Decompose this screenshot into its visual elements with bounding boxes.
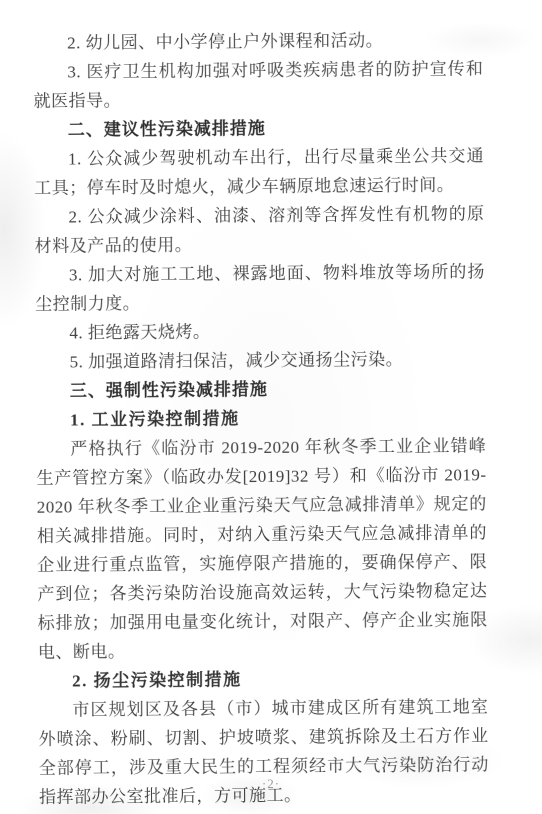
paragraph-industrial-control-details: 严格执行《临汾市 2019-2020 年秋冬季工业企业错峰生产管控方案》（临政办… — [36, 431, 488, 667]
paragraph-reduce-driving: 1. 公众减少驾驶机动车出行，出行尽量乘坐公共交通工具；停车时及时熄火，减少车辆… — [34, 141, 484, 203]
subheading-dust-pollution-control: 2. 扬尘污染控制措施 — [38, 663, 488, 696]
paragraph-reduce-voc-products: 2. 公众减少涂料、油漆、溶剂等含挥发性有机物的原材料及产品的使用。 — [34, 199, 484, 261]
paragraph-dust-control-details: 市区规划区及各县（市）城市建成区所有建筑工地室外喷涂、粉刷、切割、护坡喷浆、建筑… — [38, 692, 489, 812]
paragraph-road-cleaning: 5. 加强道路清扫保洁，减少交通扬尘污染。 — [36, 344, 486, 377]
section-heading-suggested-measures: 二、建议性污染减排措施 — [34, 112, 484, 145]
paragraph-kindergarten-outdoor-stop: 2. 幼儿园、中小学停止户外课程和活动。 — [33, 25, 483, 58]
section-heading-mandatory-measures: 三、强制性污染减排措施 — [36, 373, 486, 406]
document-body: 2. 幼儿园、中小学停止户外课程和活动。 3. 医疗卫生机构加强对呼吸类疾病患者… — [33, 25, 489, 812]
paragraph-medical-protection-guidance: 3. 医疗卫生机构加强对呼吸类疾病患者的防护宣传和就医指导。 — [33, 54, 483, 116]
paragraph-dust-control-sites: 3. 加大对施工工地、裸露地面、物料堆放等场所的扬尘控制力度。 — [35, 257, 485, 319]
subheading-industrial-pollution-control: 1. 工业污染控制措施 — [36, 402, 486, 435]
page-number: ·2· — [0, 776, 542, 792]
scanned-document-page: { "document": { "blocks": [ { "type": "b… — [0, 0, 542, 814]
paragraph-no-open-air-bbq: 4. 拒绝露天烧烤。 — [35, 315, 485, 348]
